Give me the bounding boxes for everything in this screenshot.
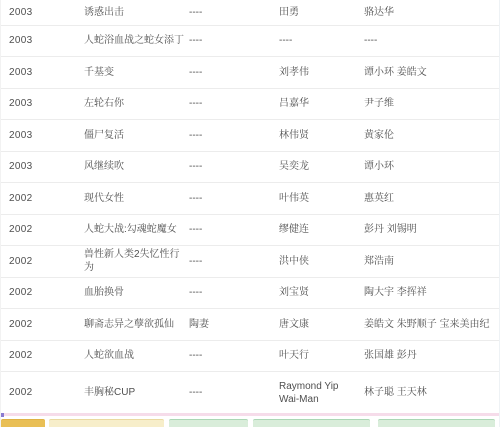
cell-title: 风继续吹: [84, 160, 189, 173]
cell-director: 刘宝贤: [279, 286, 364, 299]
cell-director: 叶伟英: [279, 192, 364, 205]
table-row: 2002 现代女性 ---- 叶伟英 惠英红: [1, 183, 499, 215]
cell-title: 千基变: [84, 66, 189, 79]
table-row: 2003 千基变 ---- 刘孝伟 谭小环 姜皓文: [1, 57, 499, 89]
table-row: 2003 风继续吹 ---- 吴奕龙 谭小环: [1, 152, 499, 184]
table-row: 2002 丰胸秘CUP ---- Raymond Yip Wai-Man 林子聪…: [1, 372, 499, 413]
cell-director: ----: [279, 34, 364, 47]
table-row: 2003 左轮右你 ---- 吕嘉华 尹子维: [1, 89, 499, 121]
table-row: 2002 兽性新人类2失忆性行为 ---- 洪中侠 郑浩南: [1, 246, 499, 278]
cell-role: ----: [189, 129, 279, 142]
card-green-2[interactable]: [253, 419, 370, 427]
cell-role: 陶妻: [189, 318, 279, 331]
footer-accent-notch: [1, 413, 4, 417]
cell-costars: 黄家伦: [364, 129, 499, 142]
cell-year: 2002: [9, 192, 84, 205]
cell-director: 吕嘉华: [279, 97, 364, 110]
cell-costars: 姜皓文 朱野顺子 宝来美由纪: [364, 318, 499, 331]
cell-title: 人蛇浴血战之蛇女添丁: [84, 34, 189, 47]
cell-year: 2003: [9, 34, 84, 47]
card-cream[interactable]: [49, 419, 164, 427]
cell-director: 田勇: [279, 6, 364, 19]
cell-role: ----: [189, 223, 279, 236]
cell-title: 人蛇欲血战: [84, 349, 189, 362]
cell-costars: 惠英红: [364, 192, 499, 205]
cell-year: 2003: [9, 129, 84, 142]
cell-director: 洪中侠: [279, 255, 364, 268]
cell-year: 2002: [9, 223, 84, 236]
cell-director: 吴奕龙: [279, 160, 364, 173]
cell-title: 诱惑出击: [84, 6, 189, 19]
page-footer: [1, 413, 499, 427]
cell-year: 2002: [9, 255, 84, 268]
cell-role: ----: [189, 97, 279, 110]
cell-director: 叶天行: [279, 349, 364, 362]
cell-costars: 张国雄 彭丹: [364, 349, 499, 362]
cell-year: 2002: [9, 386, 84, 399]
cell-role: ----: [189, 386, 279, 399]
table-row: 2002 血胎换骨 ---- 刘宝贤 陶大宇 李挥祥: [1, 278, 499, 310]
filmography-table-page: 2003 诱惑出击 ---- 田勇 骆达华 2003 人蛇浴血战之蛇女添丁 --…: [0, 0, 500, 427]
table-row: 2002 人蛇大战:勾魂蛇魔女 ---- 缪健连 彭丹 刘锡明: [1, 215, 499, 247]
cell-year: 2003: [9, 66, 84, 79]
table-row: 2002 人蛇欲血战 ---- 叶天行 张国雄 彭丹: [1, 341, 499, 373]
cell-costars: 尹子维: [364, 97, 499, 110]
cell-role: ----: [189, 160, 279, 173]
table-row: 2003 诱惑出击 ---- 田勇 骆达华: [1, 0, 499, 26]
cell-year: 2003: [9, 97, 84, 110]
cell-role: ----: [189, 349, 279, 362]
cell-year: 2002: [9, 318, 84, 331]
cell-role: ----: [189, 66, 279, 79]
card-gold[interactable]: [1, 419, 45, 427]
cell-director: Raymond Yip Wai-Man: [279, 380, 364, 406]
cell-role: ----: [189, 192, 279, 205]
cell-role: ----: [189, 6, 279, 19]
footer-card-strip: [1, 419, 499, 427]
cell-title: 左轮右你: [84, 97, 189, 110]
cell-costars: 骆达华: [364, 6, 499, 19]
cell-year: 2003: [9, 6, 84, 19]
cell-costars: ----: [364, 34, 499, 47]
cell-costars: 谭小环: [364, 160, 499, 173]
cell-costars: 陶大宇 李挥祥: [364, 286, 499, 299]
cell-role: ----: [189, 255, 279, 268]
cell-role: ----: [189, 286, 279, 299]
cell-title: 血胎换骨: [84, 286, 189, 299]
cell-title: 僵尸复活: [84, 129, 189, 142]
cell-role: ----: [189, 34, 279, 47]
cell-title: 人蛇大战:勾魂蛇魔女: [84, 223, 189, 236]
cell-costars: 郑浩南: [364, 255, 499, 268]
cell-costars: 林子聪 王天林: [364, 386, 499, 399]
cell-title: 聊斋志异之孽欲孤仙: [84, 318, 189, 331]
card-green-3[interactable]: [378, 419, 495, 427]
cell-year: 2002: [9, 349, 84, 362]
cell-director: 刘孝伟: [279, 66, 364, 79]
footer-divider: [1, 413, 499, 416]
cell-title: 丰胸秘CUP: [84, 386, 189, 399]
table-row: 2002 聊斋志异之孽欲孤仙 陶妻 唐文康 姜皓文 朱野顺子 宝来美由纪: [1, 309, 499, 341]
cell-director: 缪健连: [279, 223, 364, 236]
cell-director: 唐文康: [279, 318, 364, 331]
cell-costars: 谭小环 姜皓文: [364, 66, 499, 79]
filmography-rows: 2003 诱惑出击 ---- 田勇 骆达华 2003 人蛇浴血战之蛇女添丁 --…: [1, 0, 499, 413]
table-row: 2003 人蛇浴血战之蛇女添丁 ---- ---- ----: [1, 26, 499, 58]
cell-director: 林伟贤: [279, 129, 364, 142]
card-green-1[interactable]: [169, 419, 248, 427]
cell-title: 现代女性: [84, 192, 189, 205]
cell-year: 2002: [9, 286, 84, 299]
cell-year: 2003: [9, 160, 84, 173]
cell-title: 兽性新人类2失忆性行为: [84, 248, 189, 274]
table-row: 2003 僵尸复活 ---- 林伟贤 黄家伦: [1, 120, 499, 152]
cell-costars: 彭丹 刘锡明: [364, 223, 499, 236]
